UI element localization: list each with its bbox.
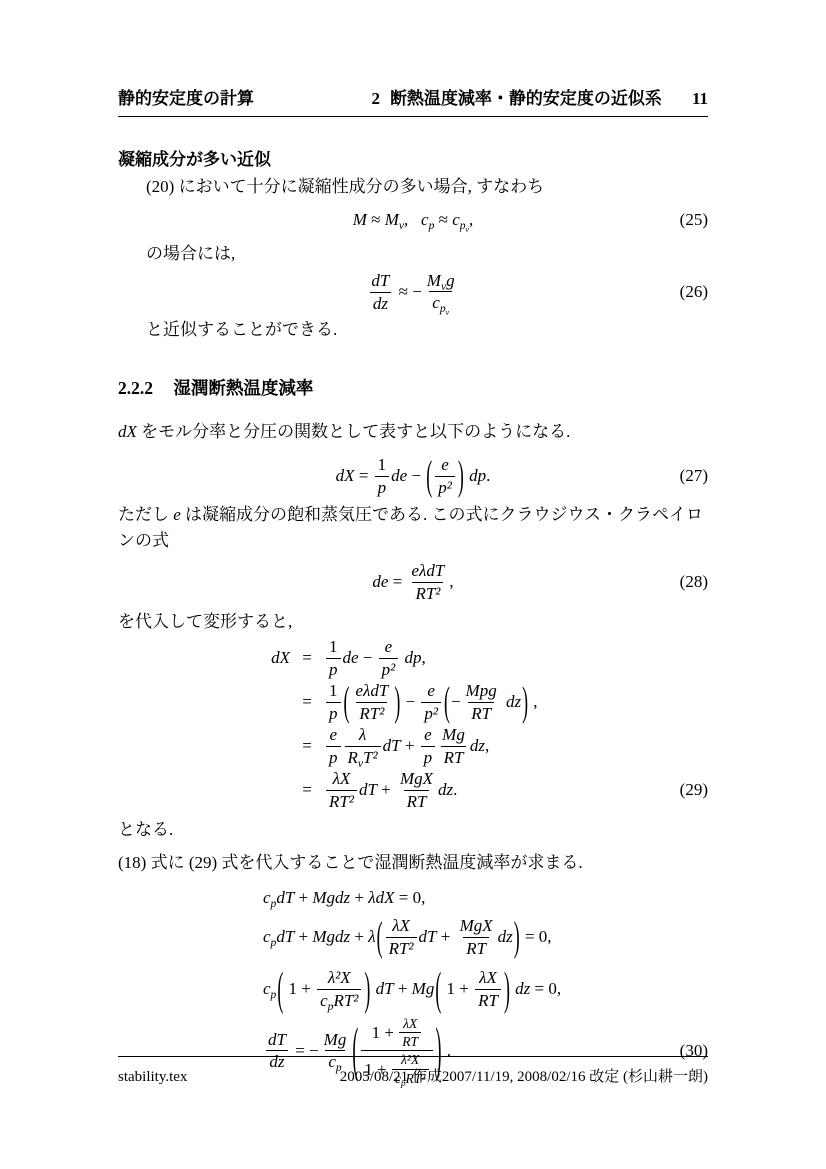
- equation-27: dX = 1pde − (ep²) dp. (27): [118, 452, 708, 500]
- page-footer: stability.tex 2005/08/21 作成2007/11/19, 2…: [118, 1056, 708, 1086]
- equation-27-number: (27): [680, 466, 708, 486]
- subsection-heading-222: 2.2.2 湿潤断熱温度減率: [118, 375, 708, 400]
- equation-30-line-1: cpdT + Mgdz + λdX = 0,: [263, 884, 708, 912]
- footer-filename: stability.tex: [118, 1069, 187, 1086]
- equals-sign: =: [290, 736, 324, 756]
- paragraph-in-this-case: の場合には,: [118, 242, 708, 266]
- paragraph-dx-intro: dX をモル分率と分圧の関数として表すと以下のようになる.: [118, 420, 708, 444]
- page-content: 静的安定度の計算 2 断熱温度減率・静的安定度の近似系 11 凝縮成分が多い近似…: [118, 84, 708, 1086]
- running-head-left-title: 静的安定度の計算: [118, 84, 254, 109]
- subsection-title: 湿潤断熱温度減率: [173, 378, 313, 398]
- document-page: 静的安定度の計算 2 断熱温度減率・静的安定度の近似系 11 凝縮成分が多い近似…: [0, 0, 826, 1169]
- page-header: 静的安定度の計算 2 断熱温度減率・静的安定度の近似系 11: [118, 84, 708, 116]
- equation-25: M ≈ Mv, cp ≈ cpv, (25): [118, 205, 708, 235]
- equation-27-content: dX = 1pde − (ep²) dp.: [336, 455, 491, 496]
- equation-26-content: dTdz ≈ −Mvgcpv: [366, 271, 459, 313]
- equation-28-content: de = eλdTRT²,: [372, 561, 453, 602]
- equation-26-number: (26): [680, 282, 708, 302]
- equation-29-number: (29): [680, 780, 708, 800]
- equals-sign: =: [290, 648, 324, 668]
- equation-29: dX = 1pde − ep² dp, = 1p(eλdTRT²) − ep²(…: [264, 636, 708, 812]
- equation-30-line-2: cpdT + Mgdz + λ(λXRT²dT + MgXRTdz) = 0,: [263, 912, 708, 962]
- paragraph-substitute-18-29: (18) 式に (29) 式を代入することで湿潤断熱温度減率が求まる.: [118, 851, 708, 875]
- page-number: 11: [692, 89, 708, 109]
- paragraph-clausius-clapeyron: ただし e は凝縮成分の飽和蒸気圧である. この式にクラウジウス・クラペイロンの…: [118, 502, 708, 554]
- equals-sign: =: [290, 780, 324, 800]
- equation-28: de = eλdTRT², (28): [118, 558, 708, 606]
- equation-25-number: (25): [680, 210, 708, 230]
- running-head-section-number: 2: [371, 89, 380, 109]
- equation-29-line-2: = 1p(eλdTRT²) − ep²(−MpgRT dz) ,: [264, 680, 708, 724]
- header-rule: [118, 116, 708, 117]
- paragraph-substitute-transform: を代入して変形すると,: [118, 610, 708, 634]
- equation-29-line-4: = λXRT²dT + MgXRTdz. (29): [264, 768, 708, 812]
- equation-26: dTdz ≈ −Mvgcpv (26): [118, 266, 708, 318]
- equation-29-line-1: dX = 1pde − ep² dp,: [264, 636, 708, 680]
- running-head-section-title: 断熱温度減率・静的安定度の近似系: [390, 84, 662, 109]
- heading-condensible-approximation: 凝縮成分が多い近似: [118, 145, 708, 170]
- equation-30-line-3: cp( 1 + λ²XcpRT²) dT + Mg( 1 + λXRT) dz …: [263, 962, 708, 1016]
- paragraph-can-approximate: と近似することができる.: [118, 318, 708, 342]
- subsection-number: 2.2.2: [118, 378, 153, 398]
- equation-28-number: (28): [680, 572, 708, 592]
- equation-29-line-3: = epλRvT²dT + epMgRTdz,: [264, 724, 708, 768]
- paragraph-tonaru: となる.: [118, 818, 708, 842]
- equals-sign: =: [290, 692, 324, 712]
- equation-25-content: M ≈ Mv, cp ≈ cpv,: [353, 210, 474, 230]
- paragraph-eq20-intro: (20) において十分に凝縮性成分の多い場合, すなわち: [118, 175, 708, 199]
- footer-revision-dates: 2005/08/21 作成2007/11/19, 2008/02/16 改定 (…: [340, 1065, 708, 1086]
